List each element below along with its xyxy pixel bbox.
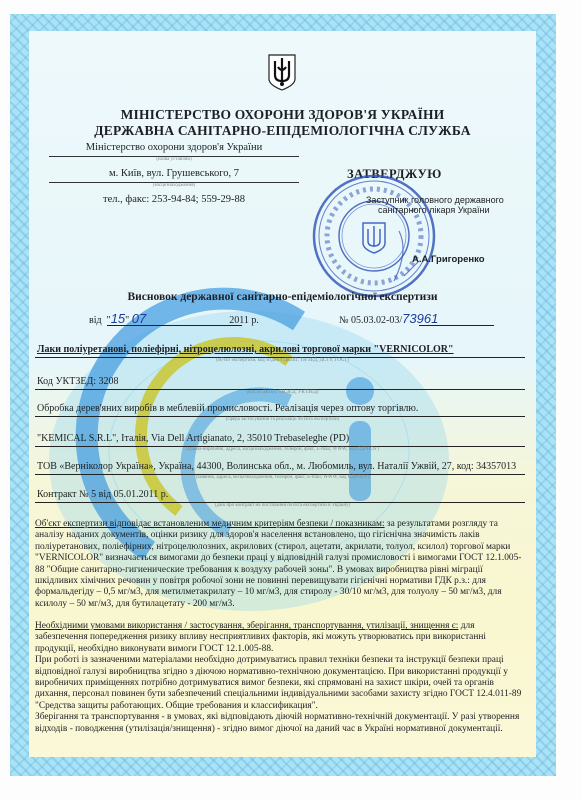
number-prefix: № 05.03.02-03/ xyxy=(339,315,402,326)
document-number: № 05.03.02-03/73961 xyxy=(339,311,438,326)
trident-icon xyxy=(267,53,297,91)
letterhead-address: м. Київ, вул. Грушевського, 7 xyxy=(49,168,299,179)
date-underline xyxy=(107,325,242,326)
letterhead-phone: тел., факс: 253-94-84; 559-29-88 xyxy=(49,194,299,205)
field-value: Лаки поліуретанові, поліефірні, нітроцел… xyxy=(37,344,454,355)
document-page: МІНІСТЕРСТВО ОХОРОНИ ЗДОРОВ'Я УКРАЇНИ ДЕ… xyxy=(29,31,536,757)
organization-caption: (назва установи) xyxy=(49,157,299,162)
address-caption: (місцезнаходження) xyxy=(49,183,299,188)
number-handwritten: 73961 xyxy=(402,311,438,326)
conditions-label: Необхідними умовами використання / засто… xyxy=(35,621,458,631)
field-caption: (країна-виробник, адреса, місцезнаходжен… xyxy=(89,447,476,452)
signer-name: А.А.Григоренко xyxy=(412,254,485,265)
ministry-line2: ДЕРЖАВНА САНІТАРНО-ЕПІДЕМІОЛОГІЧНА СЛУЖБ… xyxy=(29,123,536,139)
ministry-line1: МІНІСТЕРСТВО ОХОРОНИ ЗДОРОВ'Я УКРАЇНИ xyxy=(29,107,536,123)
field-caption: (дані про контракт на постачання об'єкта… xyxy=(89,503,476,508)
work-safety-text: При роботі із зазначеними матеріалами не… xyxy=(35,655,528,712)
date-month: 07 xyxy=(132,311,146,326)
official-seal-icon xyxy=(309,171,439,301)
guilloche-border: МІНІСТЕРСТВО ОХОРОНИ ЗДОРОВ'Я УКРАЇНИ ДЕ… xyxy=(10,14,556,776)
field-value: Обробка дерев'яних виробів в меблевій пр… xyxy=(37,403,418,414)
storage-text: Зберігання та транспортування - в умовах… xyxy=(35,712,528,735)
field-value: "KEMICAL S.R.L", Італія, Via Dell Artigi… xyxy=(37,433,349,444)
field-caption: (код за ДКПП, ТН ЗЕД, УКТЗЕД) xyxy=(89,390,476,395)
field-value: Контракт № 5 від 05.01.2011 р. xyxy=(37,489,168,500)
document-title: Висновок державної санітарно-епідеміолог… xyxy=(29,291,536,303)
ministry-heading: МІНІСТЕРСТВО ОХОРОНИ ЗДОРОВ'Я УКРАЇНИ ДЕ… xyxy=(29,107,536,139)
field-value: ТОВ «Верніколор Україна», Україна, 44300… xyxy=(37,461,516,472)
document-date: від "15" 07 2011 р. xyxy=(89,311,259,326)
criteria-paragraph: Об'єкт експертизи відповідає встановлени… xyxy=(35,519,528,610)
field-caption: (сфера застосування та реалізації об'єкт… xyxy=(89,417,476,422)
approver-position: Заступник головного державного санітарно… xyxy=(366,195,504,215)
criteria-label: Об'єкт експертизи відповідає встановлени… xyxy=(35,519,385,529)
position-line1: Заступник головного державного xyxy=(366,195,504,205)
letterhead-organization: Міністерство охорони здоров'я України xyxy=(49,142,299,153)
date-prefix: від xyxy=(89,315,102,326)
date-day: 15 xyxy=(111,311,125,326)
field-value: Код УКТЗЕД: 3208 xyxy=(37,376,119,387)
conditions-paragraph: Необхідними умовами використання / засто… xyxy=(35,621,528,735)
position-line2: санітарного лікаря України xyxy=(366,205,504,215)
criteria-text: за результатами розгляду та аналізу нада… xyxy=(35,519,521,609)
field-caption: (об'єкт експертизи, код згідно з ДКПП, Т… xyxy=(89,358,476,363)
field-caption: (заявник, адреса, місцезнаходження, теле… xyxy=(89,475,476,480)
number-underline xyxy=(419,325,494,326)
